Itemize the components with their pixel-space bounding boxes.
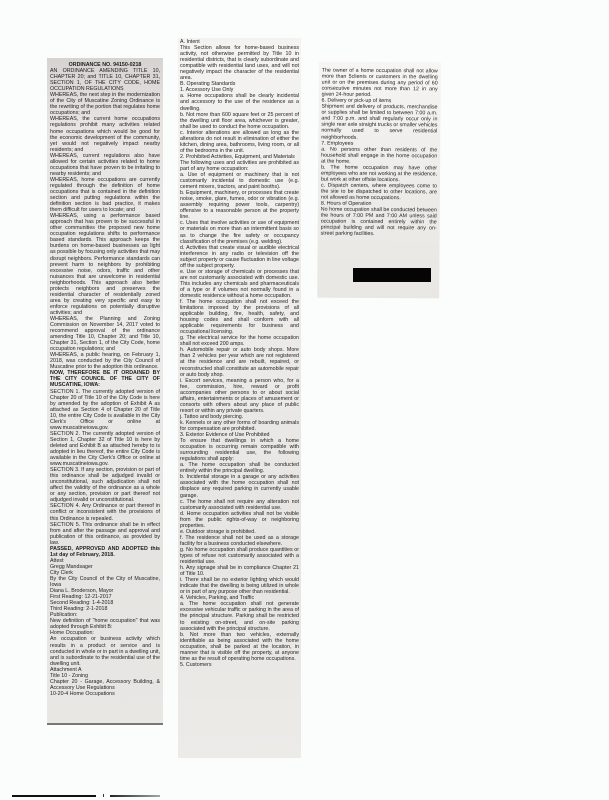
paragraph: PASSED, APPROVED AND ADOPTED this 1st da… [50,546,160,558]
paragraph: d. Activities that create visual or audi… [180,245,299,269]
paragraph: The following uses and activities are pr… [180,160,299,172]
paragraph: a. Use of equipment or machinery that is… [180,172,299,190]
paragraph: An occupation or business activity which… [50,636,160,666]
paragraph: WHEREAS, the Planning and Zoning Commiss… [50,316,160,352]
paragraph: b. Equipment, machinery, or processes th… [180,190,299,220]
paragraph: Chapter 20 - Garage, Accessory Building,… [50,679,160,691]
paragraph: SECTION 2. The currently adopted version… [50,431,160,467]
paragraph: 10-20-4 Home Occupations [50,691,160,697]
ordinance-column-2: A. IntentThis Section allows for home-ba… [178,38,301,758]
paragraph: h. Any signage shall be in compliance Ch… [180,565,299,577]
paragraph: SECTION 5. This ordinance shall be in ef… [50,522,160,546]
paragraph: This Section allows for home-based busin… [180,45,299,81]
paragraph: c. Uses that involve activities or use o… [180,220,299,244]
paragraph: c. The home shall not require any altera… [180,499,299,511]
paragraph: NOW, THEREFORE BE IT ORDAINED BY THE CIT… [50,370,160,388]
paragraph: b. The home occupation may have other em… [321,164,437,183]
paragraph: b. Not more than 600 square feet or 25 p… [180,112,299,130]
paragraph: AN ORDINANCE AMENDING TITLE 10, CHAPTER … [50,68,160,92]
paragraph: k. Kennels or any other forms of boardin… [180,420,299,432]
paragraph: WHEREAS, the current home occupations re… [50,116,160,152]
paragraph: WHEREAS, current regulations also have a… [50,153,160,177]
ordinance-column-2-body: A. IntentThis Section allows for home-ba… [180,39,299,668]
paragraph: SECTION 3. If any section, provision or … [50,467,160,503]
paragraph: New definition of "home occupation" that… [50,618,160,630]
ordinance-column-1-body: AN ORDINANCE AMENDING TITLE 10, CHAPTER … [50,68,160,697]
paragraph: a. The home occupation shall not generat… [180,601,299,631]
paragraph: SECTION 1. The currently adopted version… [50,389,160,431]
paragraph: c. Interior alterations are allowed as l… [180,130,299,154]
paragraph: e. Use or storage of chemicals or proces… [180,269,299,299]
paragraph: d. Home occupation activities shall not … [180,511,299,529]
ordinance-column-1: ORDINANCE NO. 94150-0218 AN ORDINANCE AM… [47,58,163,725]
paragraph: c. Dispatch centers, where employees com… [321,182,437,201]
paragraph: a. The home occupation shall be conducte… [180,462,299,474]
redaction-bar [353,268,431,282]
paragraph: SECTION 4. Any Ordinance or part thereof… [50,503,160,521]
paragraph: i. There shall be no exterior lighting w… [180,577,299,595]
scan-edge-artifact [110,795,160,797]
scan-edge-artifact [12,795,96,797]
paragraph: f. The residence shall not be used as a … [180,535,299,547]
paragraph: To ensure that dwellings in which a home… [180,438,299,462]
scan-edge-artifact [103,794,104,797]
paragraph: WHEREAS, home occupations are currently … [50,177,160,213]
paragraph: By the City Council of the City of Musca… [50,576,160,588]
paragraph: WHEREAS, a public hearing, on February 1… [50,352,160,370]
paragraph: b. Incidental storage in a garage or any… [180,474,299,498]
paragraph: g. The electrical service for the home o… [180,335,299,347]
paragraph: 5. Customers [180,662,299,668]
paragraph: a. No persons other than residents of th… [321,146,437,165]
paragraph: f. The home occupation shall not exceed … [180,299,299,335]
ordinance-column-3: The owner of a home occupation shall not… [317,62,441,299]
paragraph: h. Automobile repair or auto body shops.… [180,347,299,377]
paragraph: The owner of a home occupation shall not… [322,68,438,99]
paragraph: WHEREAS, the next step in the modernizat… [50,92,160,116]
paragraph: a. Home occupations shall be clearly inc… [180,93,299,111]
paragraph: b. Not more than two vehicles, externall… [180,632,299,662]
paragraph: i. Escort services, meaning a person who… [180,378,299,414]
paragraph: Shipment and delivery of products, merch… [321,104,437,141]
paragraph: WHEREAS, using a performance based appro… [50,213,160,316]
ordinance-column-3-body: The owner of a home occupation shall not… [321,68,438,238]
paragraph: No home occupation shall be conducted be… [321,207,437,238]
paragraph: g. No home occupation shall produce quan… [180,547,299,565]
